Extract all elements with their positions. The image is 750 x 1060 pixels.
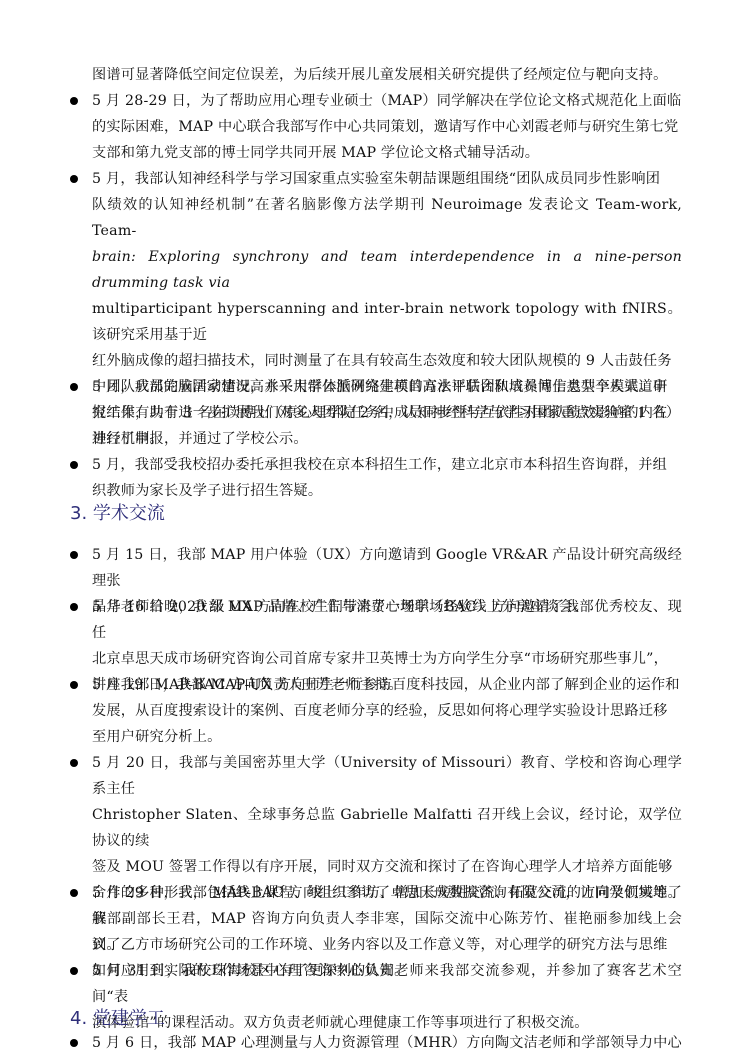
- line: Christopher Slaten、全球事务总监 Gabrielle Malf…: [92, 802, 682, 854]
- line: 队绩效的认知神经机制”在著名脑影像方法学期刊 Neuroimage 发表论文 T…: [92, 192, 682, 244]
- line: multiparticipant hyperscanning and inter…: [92, 296, 682, 348]
- line: 5 月 6 日，我部 MAP 心理测量与人力资源管理（MHR）方向陶文洁老师和学…: [92, 1030, 682, 1056]
- line: 5 月 28-29 日，为了帮助应用心理专业硕士（MAP）同学解决在学位论文格式…: [92, 88, 682, 114]
- line: 5 月，我部受我校招办委托承担我校在京本科招生工作，建立北京市本科招生咨询群，并…: [92, 452, 682, 478]
- line: brain: Exploring synchrony and team inte…: [92, 244, 682, 296]
- bullet-icon: [70, 461, 78, 469]
- list-item-text: 5 月，我部完成国家建设高水平大学公派研究生项目高水平联合和培养博士类型个人渠道…: [92, 374, 682, 452]
- line: 支部和第九党支部的博士同学共同开展 MAP 学位论文格式辅导活动。: [92, 140, 682, 166]
- line: 北京卓思天成市场研究咨询公司首席专家井卫英博士为方向学生分享“市场研究那些事儿”…: [92, 646, 682, 672]
- bullet-icon: [70, 551, 78, 559]
- bullet-icon: [70, 1039, 78, 1047]
- bullet-icon: [70, 889, 78, 897]
- list-item-text: 5 月，我部受我校招办委托承担我校在京本科招生工作，建立北京市本科招生咨询群，并…: [92, 452, 682, 504]
- line: 5 月 20 日，我部与美国密苏里大学（University of Missou…: [92, 750, 682, 802]
- list-item-text: 5 月 6 日，我部 MAP 心理测量与人力资源管理（MHR）方向陶文洁老师和学…: [92, 1030, 682, 1056]
- line: 到了乙方市场研究公司的工作环境、业务内容以及工作意义等，对心理学的研究方法与思维: [92, 932, 682, 958]
- bullet-icon: [70, 97, 78, 105]
- bullet-icon: [70, 681, 78, 689]
- list-item-text: 5 月 28-29 日，为了帮助应用心理专业硕士（MAP）同学解决在学位论文格式…: [92, 88, 682, 166]
- line: 5 月 29 日，我部 MAP-BAC 方向组织参访了卓思天成数据咨询有限公司，…: [92, 880, 682, 932]
- line: 5 月 16 日晚，我部 MAP 品牌、广告与消费心理学（BAC）方向邀请了我部…: [92, 594, 682, 646]
- line: 5 月 15 日，我部 MAP 用户体验（UX）方向邀请到 Google VR&…: [92, 542, 682, 594]
- line: 红外脑成像的超扫描技术，同时测量了在具有较高生态效度和较大团队规模的 9 人击鼓…: [92, 348, 682, 374]
- line: 5 月 31 日，我校珠海校区心理咨询中心负责老师来我部交流参观，并参加了赛客艺…: [92, 958, 682, 1010]
- line: 5 月，我部认知神经科学与学习国家重点实验室朱朝喆课题组围绕“团队成员同步性影响…: [92, 166, 682, 192]
- list-item-text: 5 月 31 日，我校珠海校区心理咨询中心负责老师来我部交流参观，并参加了赛客艺…: [92, 958, 682, 1036]
- line: 5 月，我部完成国家建设高水平大学公派研究生项目高水平联合和培养博士类型个人渠道…: [92, 374, 682, 400]
- bullet-icon: [70, 603, 78, 611]
- section-heading-party-building: 4. 党建学工: [70, 1006, 165, 1032]
- line: 5 月 19 日，我部 MAP-UX 方向师生一行参访百度科技园，从企业内部了解…: [92, 672, 682, 698]
- bullet-icon: [70, 759, 78, 767]
- line: 织教师为家长及学子进行招生答疑。: [92, 478, 682, 504]
- line: 的实际困难，MAP 中心联合我部写作中心共同策划，邀请写作中心刘霞老师与研究生第…: [92, 114, 682, 140]
- line: 签及 MOU 签署工作得以有序开展，同时双方交流和探讨了在咨询心理学人才培养方面…: [92, 854, 682, 880]
- bullet-icon: [70, 383, 78, 391]
- section-heading-academic-exchange: 3. 学术交流: [70, 501, 165, 527]
- bullet-icon: [70, 175, 78, 183]
- bullet-icon: [70, 967, 78, 975]
- paragraph-continuation: 图谱可显著降低空间定位误差，为后续开展儿童发展相关研究提供了经颅定位与靶向支持。: [92, 62, 682, 88]
- line: 报工作，共有 3 名在读博士（原心理学院 2 名，认知神经科学与学习国家重点实验…: [92, 400, 682, 426]
- line: 至用户研究分析上。: [92, 724, 682, 750]
- line: 发展，从百度搜索设计的案例、百度老师分享的经验，反思如何将心理学实验设计思路迁移: [92, 698, 682, 724]
- list-item-text: 5 月 19 日，我部 MAP-UX 方向师生一行参访百度科技园，从企业内部了解…: [92, 672, 682, 750]
- line: 进行了申报，并通过了学校公示。: [92, 426, 682, 452]
